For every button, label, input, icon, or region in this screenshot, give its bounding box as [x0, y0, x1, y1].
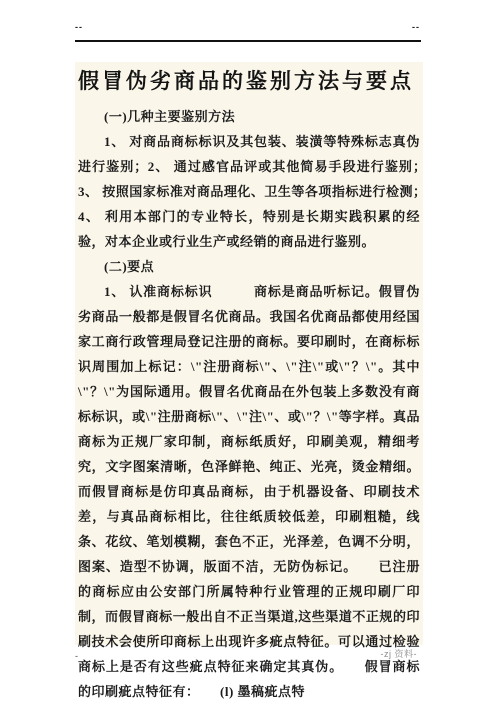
header-rule: [75, 40, 421, 42]
header-right-mark: --: [412, 22, 420, 32]
paragraph-keypoints-heading: (二)要点: [78, 254, 420, 279]
page-footer: - . -zj 资料-: [75, 645, 421, 663]
content-area: 假冒伪劣商品的鉴别方法与要点 (一)几种主要鉴别方法 1、 对商品商标标识及其包…: [75, 62, 423, 645]
paragraph-methods-heading: (一)几种主要鉴别方法: [78, 104, 420, 129]
header-left-mark: --: [75, 22, 83, 32]
paragraph-keypoints-body: 1、 认准商标标识 商标是商品听标记。假冒伪劣商品一般都是假冒名优商品。我国名优…: [78, 279, 420, 702]
footer-left-mark: -: [75, 651, 78, 661]
footer-source-label: -zj 资料-: [381, 647, 418, 660]
paragraph-methods-list: 1、 对商品商标标识及其包装、装潢等特殊标志真伪进行鉴别；2、 通过感官品评或其…: [78, 129, 420, 254]
page-title: 假冒伪劣商品的鉴别方法与要点: [78, 67, 420, 95]
footer-center-mark: .: [225, 653, 228, 663]
document-page: -- -- 假冒伪劣商品的鉴别方法与要点 (一)几种主要鉴别方法 1、 对商品商…: [0, 0, 496, 702]
